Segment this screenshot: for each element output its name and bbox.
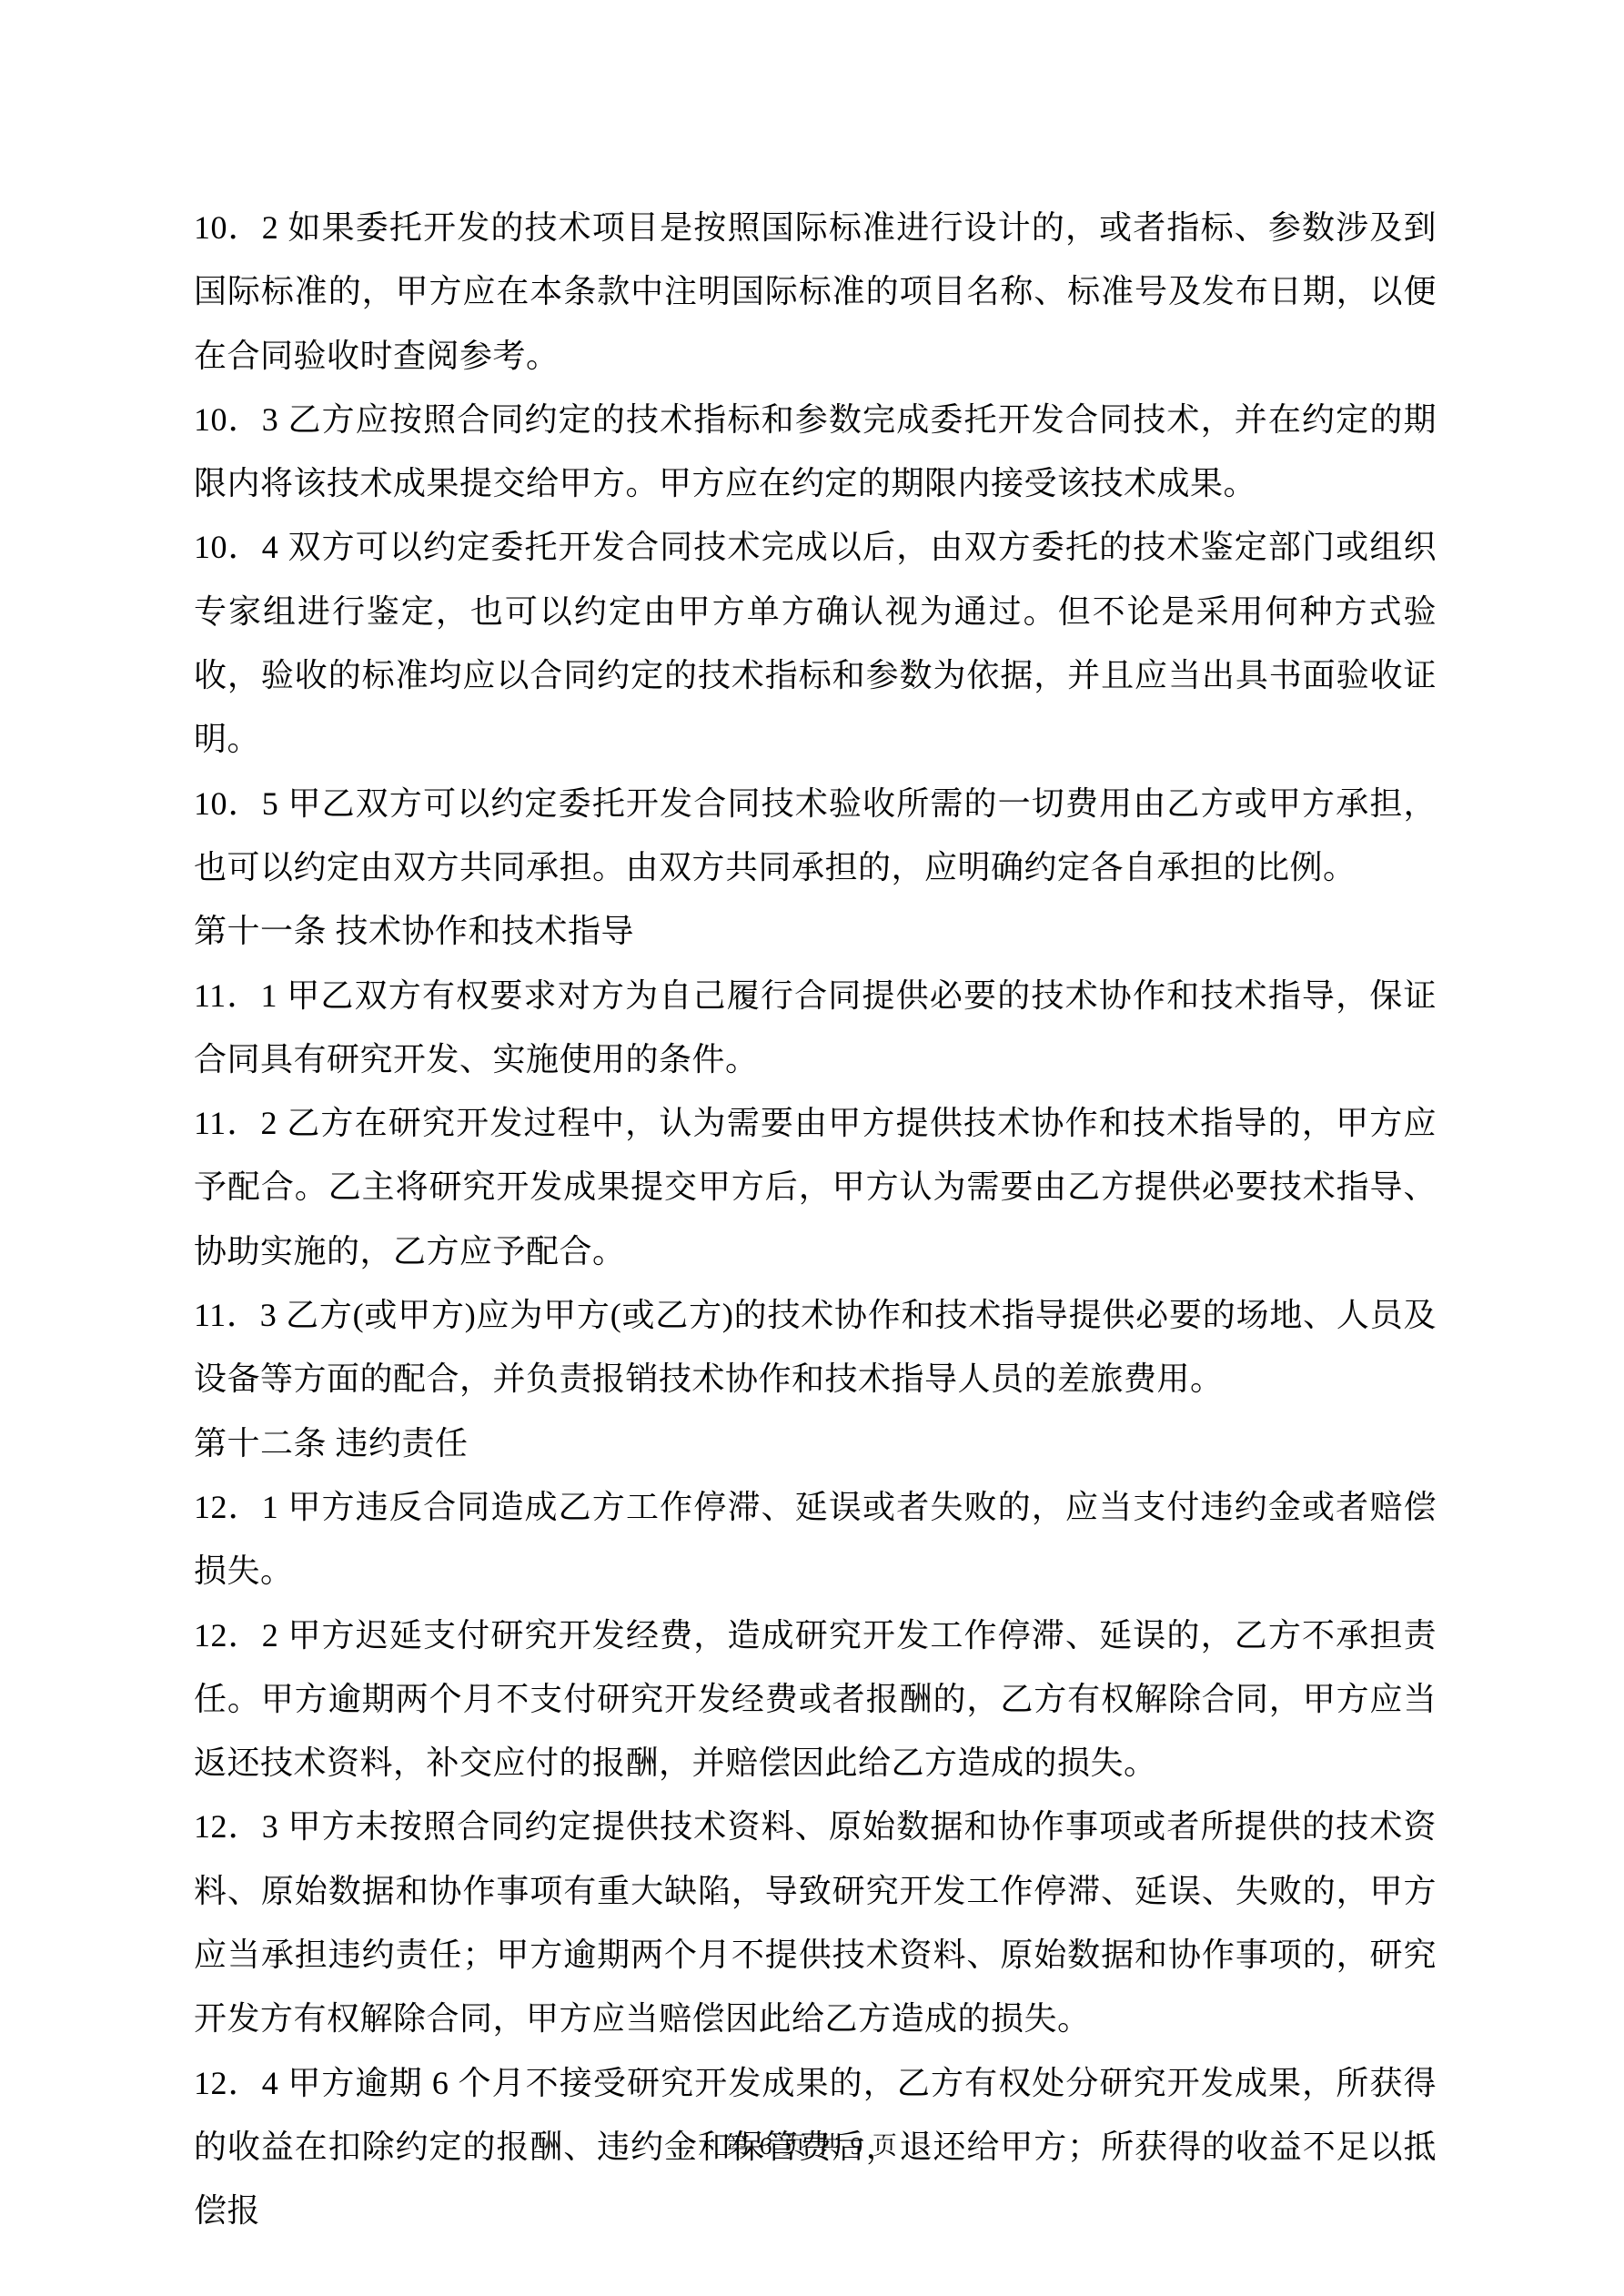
contract-paragraph-11-3: 11．3 乙方(或甲方)应为甲方(或乙方)的技术协作和技术指导提供必要的场地、人… xyxy=(194,1283,1437,1411)
contract-paragraph-12-1: 12．1 甲方违反合同造成乙方工作停滞、延误或者失败的，应当支付违约金或者赔偿损… xyxy=(194,1475,1437,1603)
contract-paragraph-11-2: 11．2 乙方在研究开发过程中，认为需要由甲方提供技术协作和技术指导的，甲方应予… xyxy=(194,1091,1437,1283)
section-heading-article-11: 第十一条 技术协作和技术指导 xyxy=(194,899,1437,963)
contract-paragraph-10-2: 10．2 如果委托开发的技术项目是按照国际标准进行设计的，或者指标、参数涉及到国… xyxy=(194,196,1437,388)
contract-paragraph-10-3: 10．3 乙方应按照合同约定的技术指标和参数完成委托开发合同技术，并在约定的期限… xyxy=(194,388,1437,516)
page-body: 10．2 如果委托开发的技术项目是按照国际标准进行设计的，或者指标、参数涉及到国… xyxy=(194,196,1437,2243)
contract-paragraph-11-1: 11．1 甲乙双方有权要求对方为自己履行合同提供必要的技术协作和技术指导，保证合… xyxy=(194,964,1437,1092)
contract-paragraph-10-4: 10．4 双方可以约定委托开发合同技术完成以后，由双方委托的技术鉴定部门或组织专… xyxy=(194,515,1437,771)
section-heading-article-12: 第十二条 违约责任 xyxy=(194,1411,1437,1475)
page-number-footer: 第 6 页 共 9 页 xyxy=(0,2129,1624,2162)
contract-paragraph-12-2: 12．2 甲方迟延支付研究开发经费，造成研究开发工作停滞、延误的，乙方不承担责任… xyxy=(194,1603,1437,1795)
contract-page: 10．2 如果委托开发的技术项目是按照国际标准进行设计的，或者指标、参数涉及到国… xyxy=(0,0,1624,2296)
contract-paragraph-10-5: 10．5 甲乙双方可以约定委托开发合同技术验收所需的一切费用由乙方或甲方承担，也… xyxy=(194,772,1437,900)
contract-paragraph-12-3: 12．3 甲方未按照合同约定提供技术资料、原始数据和协作事项或者所提供的技术资料… xyxy=(194,1795,1437,2050)
